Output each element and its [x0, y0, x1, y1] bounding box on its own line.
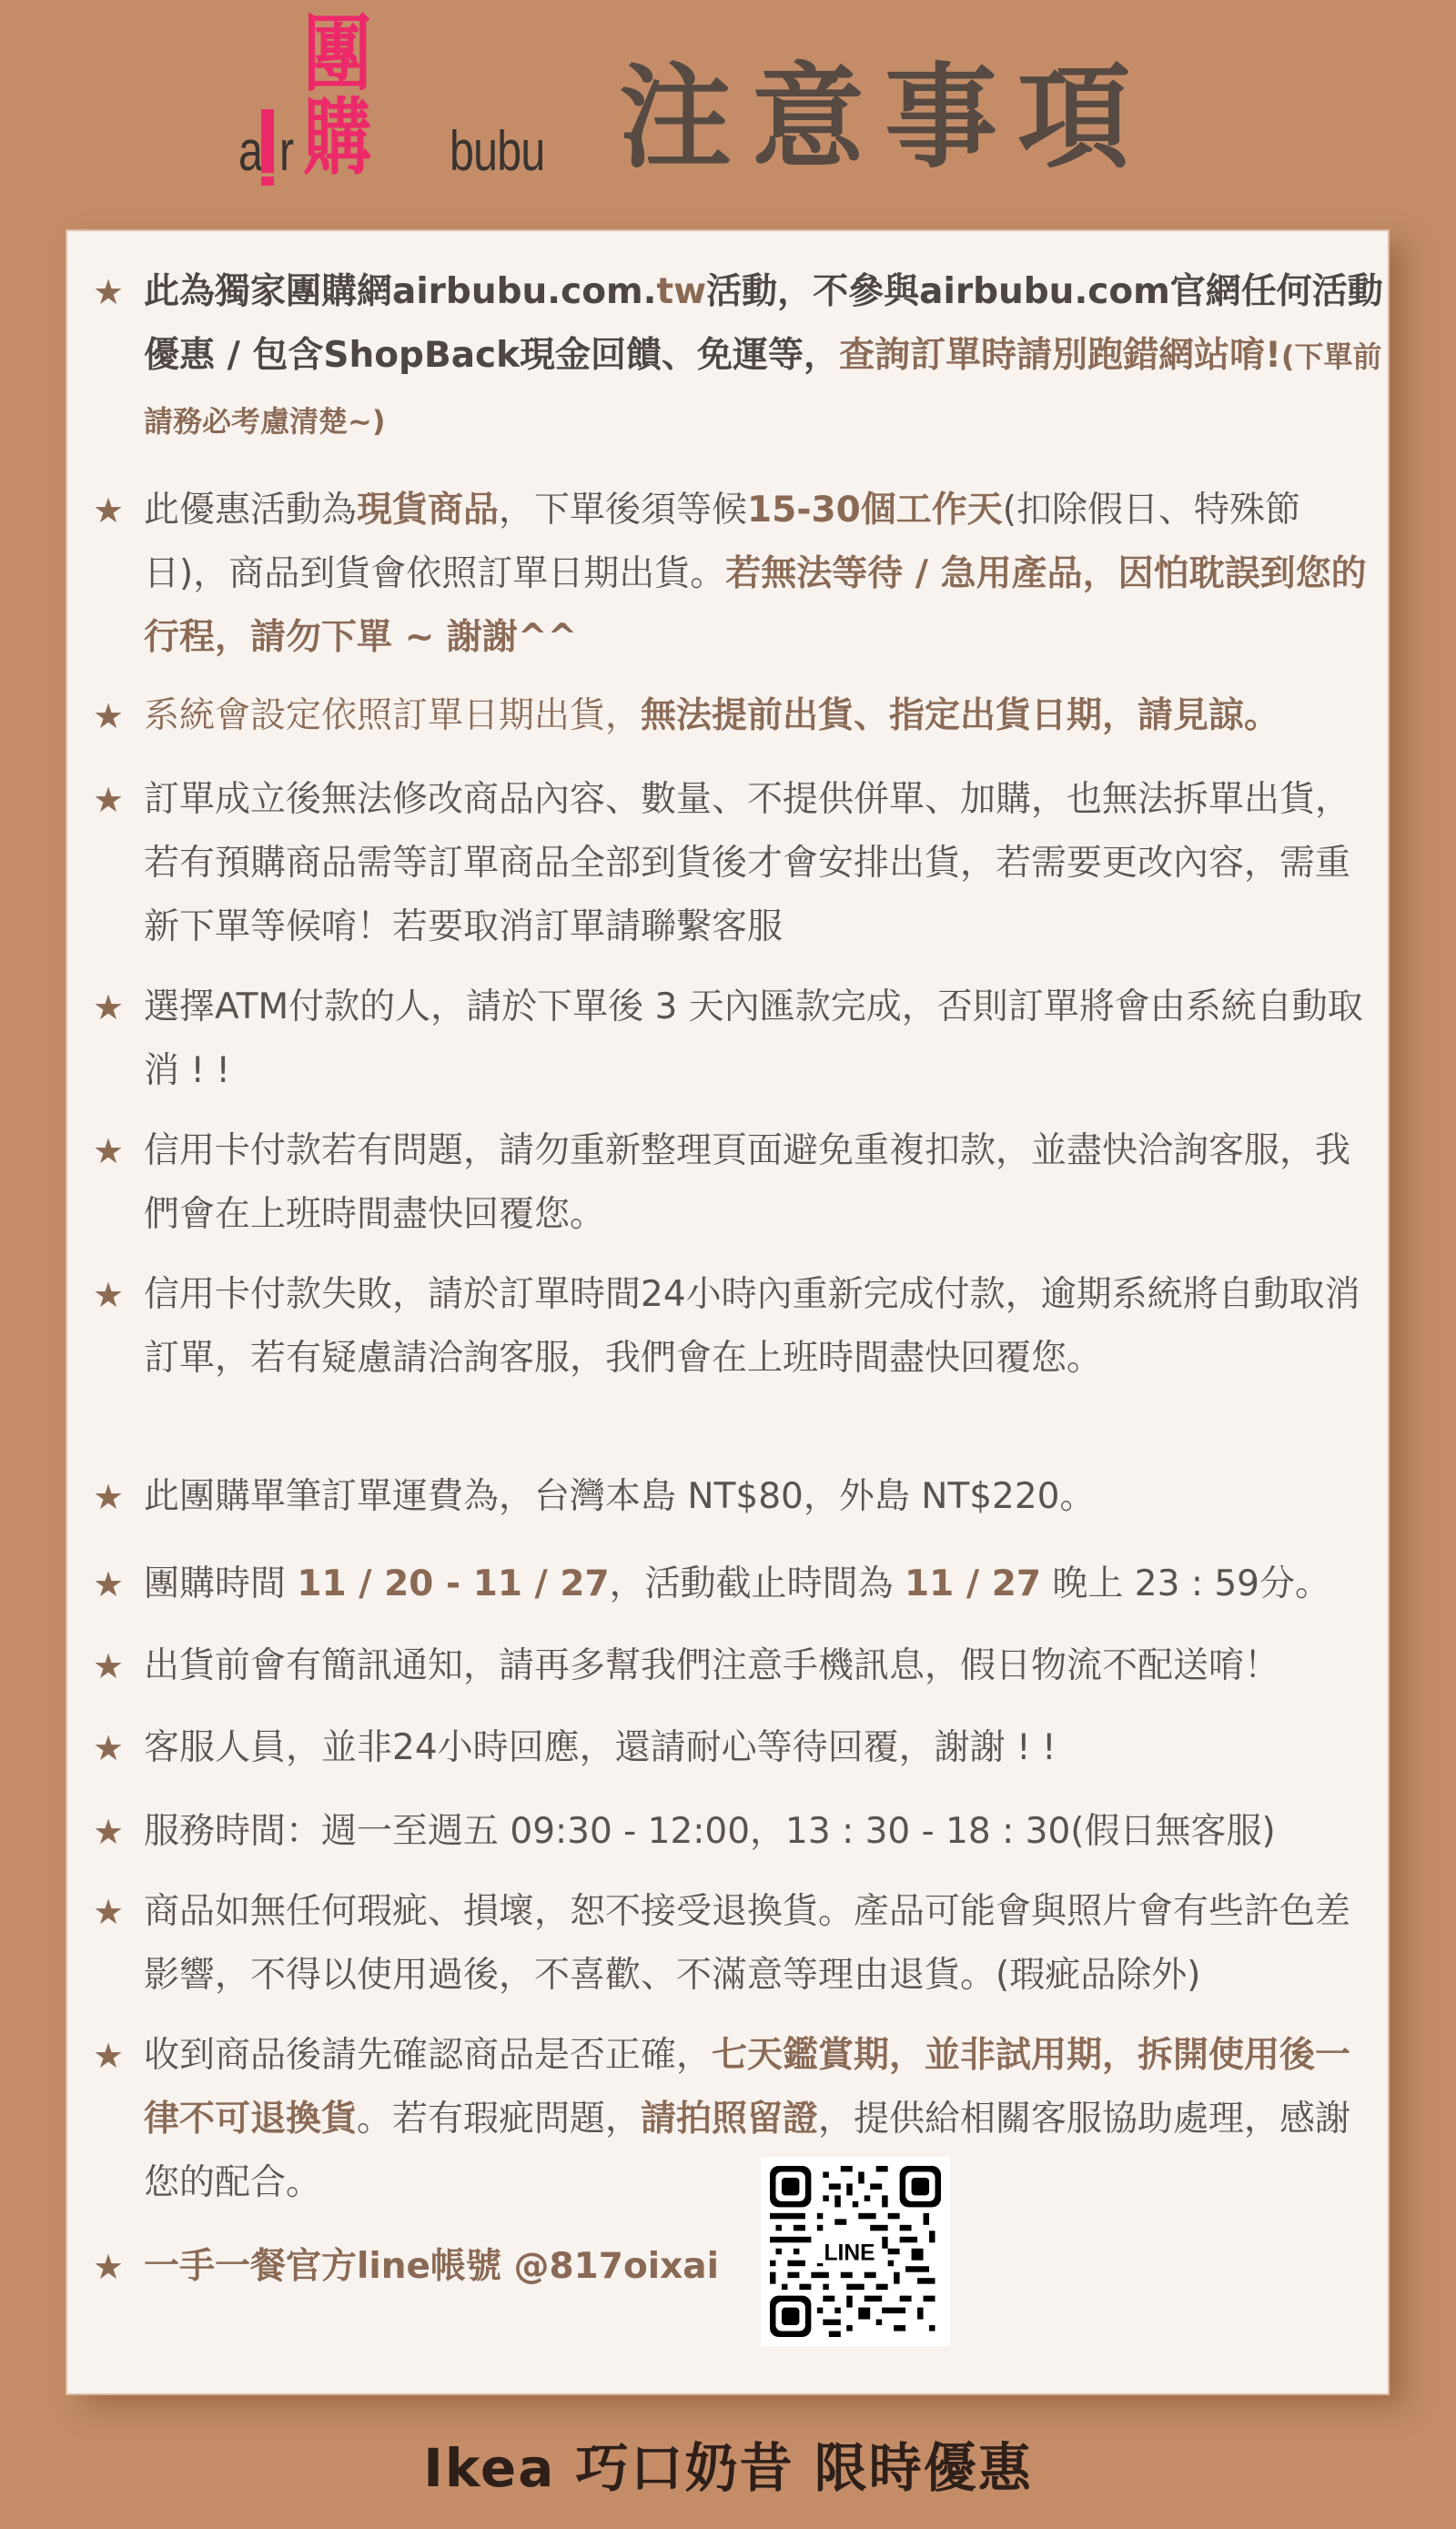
- star-icon: ★: [93, 2235, 124, 2299]
- star-icon: ★: [93, 1716, 124, 1780]
- footer-promo: Ikea 巧口奶昔 限時優惠: [0, 2425, 1456, 2502]
- star-icon: ★: [93, 2024, 124, 2088]
- star-icon: ★: [93, 1263, 124, 1327]
- notice-item: ★此團購單筆訂單運費為，台灣本島 NT$80，外島 NT$220。: [93, 1465, 1385, 1529]
- notice-item: ★訂單成立後無法修改商品內容、數量、不提供併單、加購，也無法拆單出貨，若有預購商…: [93, 768, 1385, 959]
- star-icon: ★: [93, 684, 124, 748]
- notice-item: ★系統會設定依照訂單日期出貨，無法提前出貨、指定出貨日期，請見諒。: [93, 684, 1385, 748]
- notice-item: ★團購時間 11 / 20 - 11 / 27，活動截止時間為 11 / 27 …: [93, 1553, 1385, 1616]
- notice-item: ★商品如無任何瑕疵、損壞，恕不接受退換貨。產品可能會與照片會有些許色差影響，不得…: [93, 1880, 1385, 2008]
- notice-item: ★信用卡付款失敗，請於訂單時間24小時內重新完成付款，逾期系統將自動取消訂單，若…: [93, 1263, 1385, 1391]
- star-icon: ★: [93, 260, 124, 324]
- notice-text: 此優惠活動為現貨商品，下單後須等候15-30個工作天(扣除假日、特殊節日)，商品…: [144, 490, 1367, 658]
- star-icon: ★: [93, 976, 124, 1039]
- page-title: 注意事項: [619, 56, 1150, 180]
- notice-item: ★服務時間：週一至週五 09:30 - 12:00，13 : 30 - 18 :…: [93, 1800, 1385, 1864]
- notice-item: ★收到商品後請先確認商品是否正確，七天鑑賞期，並非試用期，拆開使用後一律不可退換…: [93, 2024, 1385, 2215]
- star-icon: ★: [93, 1634, 124, 1698]
- notice-item: ★客服人員，並非24小時回應，還請耐心等待回覆，謝謝 ! !: [93, 1716, 1385, 1780]
- notice-text: 信用卡付款失敗，請於訂單時間24小時內重新完成付款，逾期系統將自動取消訂單，若有…: [144, 1274, 1360, 1379]
- notice-text: 信用卡付款若有問題，請勿重新整理頁面避免重複扣款，並盡快洽詢客服，我們會在上班時…: [144, 1130, 1350, 1235]
- star-icon: ★: [93, 1553, 124, 1616]
- notice-item: ★此為獨家團購網airbubu.com.tw活動，不參與airbubu.com官…: [93, 260, 1385, 453]
- notice-text: 商品如無任何瑕疵、損壞，恕不接受退換貨。產品可能會與照片會有些許色差影響，不得以…: [144, 1891, 1350, 1996]
- star-icon: ★: [93, 1880, 124, 1944]
- notice-text: 此團購單筆訂單運費為，台灣本島 NT$80，外島 NT$220。: [144, 1476, 1095, 1517]
- logo-prefix: a: [238, 124, 262, 180]
- star-icon: ★: [93, 479, 124, 542]
- notice-item: ★信用卡付款若有問題，請勿重新整理頁面避免重複扣款，並盡快洽詢客服，我們會在上班…: [93, 1119, 1385, 1247]
- star-icon: ★: [93, 1800, 124, 1864]
- notice-page: a r 團購 bubu 注意事項 ★此為獨家團購網airbubu.com.tw活…: [0, 0, 1456, 2529]
- header: a r 團購 bubu 注意事項: [0, 0, 1456, 223]
- notice-text: 訂單成立後無法修改商品內容、數量、不提供併單、加購，也無法拆單出貨，若有預購商品…: [144, 779, 1350, 947]
- airbubu-logo: a r 團購 bubu: [238, 71, 571, 180]
- qr-code-icon: LINE: [770, 2166, 941, 2337]
- logo-brand-cjk: 團購: [303, 13, 419, 180]
- logo-exclamation-icon: [261, 109, 274, 173]
- notice-text: 選擇ATM付款的人，請於下單後 3 天內匯款完成，否則訂單將會由系統自動取消 !…: [144, 986, 1363, 1091]
- notice-card: ★此為獨家團購網airbubu.com.tw活動，不參與airbubu.com官…: [66, 229, 1390, 2395]
- notice-text: 系統會設定依照訂單日期出貨，無法提前出貨、指定出貨日期，請見諒。: [144, 695, 1279, 736]
- qr-line-label: LINE: [824, 2241, 875, 2266]
- star-icon: ★: [93, 768, 124, 832]
- notice-item: ★一手一餐官方line帳號 @817oixai: [93, 2235, 748, 2299]
- line-qr-code[interactable]: LINE: [761, 2157, 950, 2346]
- star-icon: ★: [93, 1465, 124, 1529]
- notice-text: 出貨前會有簡訊通知，請再多幫我們注意手機訊息，假日物流不配送唷！: [144, 1645, 1279, 1686]
- notice-item: ★選擇ATM付款的人，請於下單後 3 天內匯款完成，否則訂單將會由系統自動取消 …: [93, 976, 1385, 1103]
- notice-text: 團購時間 11 / 20 - 11 / 27，活動截止時間為 11 / 27 晚…: [144, 1563, 1330, 1604]
- notice-text: 此為獨家團購網airbubu.com.tw活動，不參與airbubu.com官網…: [144, 271, 1383, 440]
- notice-text: 客服人員，並非24小時回應，還請耐心等待回覆，謝謝 ! !: [144, 1727, 1057, 1768]
- notice-text: 收到商品後請先確認商品是否正確，七天鑑賞期，並非試用期，拆開使用後一律不可退換貨…: [144, 2035, 1350, 2203]
- line-account-text: 一手一餐官方line帳號 @817oixai: [144, 2246, 719, 2287]
- notice-item: ★出貨前會有簡訊通知，請再多幫我們注意手機訊息，假日物流不配送唷！: [93, 1634, 1385, 1698]
- logo-r: r: [279, 124, 293, 180]
- notice-text: 服務時間：週一至週五 09:30 - 12:00，13 : 30 - 18 : …: [144, 1811, 1276, 1852]
- star-icon: ★: [93, 1119, 124, 1183]
- notice-item: ★此優惠活動為現貨商品，下單後須等候15-30個工作天(扣除假日、特殊節日)，商…: [93, 479, 1385, 670]
- logo-suffix: bubu: [450, 124, 544, 180]
